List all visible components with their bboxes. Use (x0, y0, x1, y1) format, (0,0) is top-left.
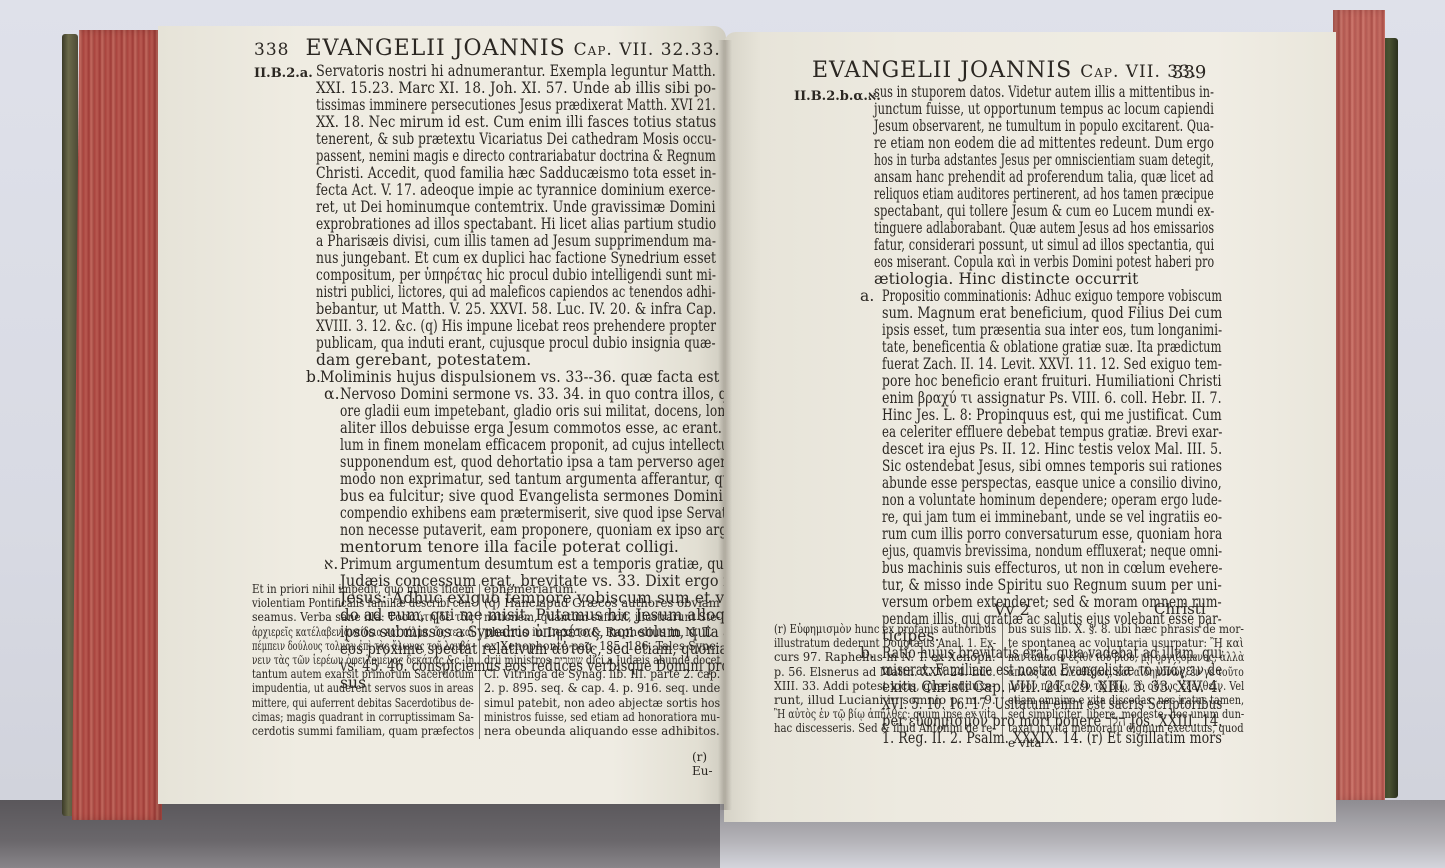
footnote-column-1: (r) Εὐφημισμὸν hunc ex profanis authorib… (774, 622, 996, 736)
margin-reference: II.B.2.b.α.א. (794, 88, 881, 104)
text-line: ejus, quamvis brevissima, nondum effluxe… (882, 543, 1125, 560)
footnote-line: Et in priori nihil impedit, quo minus it… (252, 582, 441, 596)
footnote-line: tantum autem exarsit primorum Sacerdotum (252, 667, 432, 681)
text-line: dam gerebant, potestatem. (316, 352, 716, 369)
footnote-line: p. 56. Elsnerus ad Matth. XXV. 24. Luc. (774, 665, 980, 679)
footnote-line: etiam omnino e vita discedas, nec iratus… (1008, 693, 1199, 707)
text-line: publicam, qua induti erant, cujusque pro… (316, 335, 628, 352)
footnote-line: XIII. 33. Addi potest locis, quæ adduxe- (774, 679, 978, 693)
left-page: 338 EVANGELII JOANNIS Cap. VII. 32.33. I… (158, 26, 726, 804)
footnote-line: 2. p. 895. seq. & cap. 4. p. 916. seq. u… (484, 681, 704, 695)
signature-mark: Vv 2 (994, 600, 1030, 619)
footnote-line: violentiam Pontificalis familiæ describi… (252, 596, 437, 610)
footnote-line: ex Xenophonte pag. 185. 186. Tales Syne- (484, 639, 702, 653)
text-line: ea celeriter effluere debebat tempus gra… (882, 424, 1135, 441)
footnote-line: ministros fuisse, sed etiam ad honoratio… (484, 710, 680, 724)
footnote-line: sed simpliciter, libere, modeste, hoc un… (1008, 707, 1201, 721)
red-page-edges-left (72, 30, 162, 820)
section-label: b. (306, 369, 321, 386)
footnote-line: hac discesseris. Sed & illud Antonini de… (774, 721, 961, 735)
text-line: supponendum est, quod dehortatio ipsa a … (340, 454, 642, 471)
text-line: ret, ut Dei hominumque contemtrix. Unde … (316, 199, 640, 216)
red-page-edges-right (1333, 10, 1385, 800)
text-line: Sic ostendebat Jesus, sibi omnes tempori… (882, 458, 1143, 475)
footnote-line: nera obeunda aliquando esse adhibitos. (484, 724, 714, 738)
text-line: nus jungebant. Et cum ex duplici hac fac… (316, 250, 635, 267)
text-line: re etiam non eodem die ad mittentes rede… (874, 135, 1131, 152)
text-line: XXI. 15.23. Marc XI. 18. Joh. XI. 57. Un… (316, 80, 668, 97)
text-line: non a voluntate hominum dependere; opera… (882, 492, 1133, 509)
footnote-column-2: ephemeriarum.(q) Hanc apud Græcos author… (484, 582, 720, 738)
text-line: Moliminis hujus dispulsionem vs. 33--36.… (320, 369, 682, 386)
text-line: XX. 18. Nec mirum id est. Cum enim illi … (316, 114, 654, 131)
footnote-line: e vita (1008, 736, 1244, 750)
text-line: ætiologia. Hinc distincte occurrit (874, 271, 1214, 288)
text-line: junctum fuisse, ut opportunum tempus ac … (874, 101, 1126, 118)
footnote-line: phanus in Lexico & Raphelius in N. T. (484, 625, 720, 639)
footnote-line: (q) Hanc apud Græcos authores obviam (484, 596, 713, 610)
footnote-line: impudentia, ut auderent servos suos in a… (252, 681, 431, 695)
footnote-line: cerdotis summi familiam, quam præfectos (252, 724, 444, 738)
text-line: Primum argumentum desumtum est a tempori… (340, 556, 650, 573)
footnote-line: mittere, qui auferrent debitas Sacerdoti… (252, 696, 423, 710)
text-line: a Pharisæis divisi, cum illis tamen ad J… (316, 233, 630, 250)
text-line: fatur, considerari possunt, ut simul ad … (874, 237, 1123, 254)
text-line: bus ea fulcitur; sive quod Evangelista s… (340, 488, 665, 505)
text-line: Propositio comminationis: Adhuc exiguo t… (882, 288, 1121, 305)
text-line: aliter illos debuisse erga Jesum commoto… (340, 420, 655, 437)
text-line: sum. Magnum erat beneficium, quod Filius… (882, 305, 1155, 322)
text-line: spectabant, qui tollere Jesum & cum eo L… (874, 203, 1128, 220)
text-line: reliquos etiam auditores pertinerent, ad… (874, 186, 1111, 203)
text-line: tur, & misso inde Spiritu suo Regnum suu… (882, 577, 1154, 594)
text-line: fecta Act. V. 17. adeoque impie ac tyran… (316, 182, 637, 199)
running-head-chapter: Cap. VII. 32.33. (574, 40, 721, 60)
book-gutter (718, 40, 732, 810)
text-line: Hinc Jes. L. 8: Propinquus est, qui me j… (882, 407, 1149, 424)
section-label: a. (860, 288, 874, 305)
right-page: EVANGELII JOANNIS Cap. VII. 33. 339 II.B… (724, 32, 1336, 822)
text-line: modo non exprimatur, sed tantum argument… (340, 471, 649, 488)
footnote-line: μόνον πράξας ἐν τῷ βίῳ, τὸ οὕτως ἐξελθεῖ… (1008, 679, 1198, 693)
text-line: fuerat Zach. II. 14. Levit. XXVI. 11. 12… (882, 356, 1137, 373)
text-line: ansam hanc prehendit ad proferendum tali… (874, 169, 1125, 186)
text-line: mentorum tenore illa facile poterat coll… (340, 539, 716, 556)
lettered-section: α.Nervoso Domini sermone vs. 33. 34. in … (316, 386, 716, 556)
margin-reference: II.B.2.a. (254, 66, 313, 81)
text-line: sus in stuporem datos. Videtur autem ill… (874, 84, 1121, 101)
right-running-head: EVANGELII JOANNIS Cap. VII. 33. (812, 58, 1197, 83)
footnote-line: runt, illud Luciani in somnio p. m. 9. (774, 693, 996, 707)
text-line: tissimas imminere persecutiones Jesus pr… (316, 97, 621, 114)
text-line: passent, nemini magis e directo contrari… (316, 148, 614, 165)
footnote-line: simul patebit, non adeo abjectæ sortis h… (484, 696, 700, 710)
footnotes-right: (r) Εὐφημισμὸν hunc ex profanis authorib… (774, 622, 1244, 772)
text-line: abunde esse perspectas, easque unice a c… (882, 475, 1136, 492)
running-head-title: EVANGELII JOANNIS (305, 36, 565, 61)
footnote-line: ἁπλῶς καὶ ἐλευθέρως, καὶ αἰδημόνως, ἓν γ… (1008, 665, 1189, 679)
text-line: compositum, per ὑπηρέτας hic procul dubi… (316, 267, 628, 284)
text-line: compendio exhibens eam prætermiserit, si… (340, 505, 632, 522)
footnote-line: ephemeriarum. (484, 582, 720, 596)
text-line: ore gladii eum impetebant, gladio oris s… (340, 403, 636, 420)
footnote-column-1: Et in priori nihil impedit, quo minus it… (252, 582, 474, 738)
footnote-column-2: bus suis lib. X. §. 8. ubi hæc phrasis d… (1008, 622, 1244, 750)
text-line: bus machinis suis effecturos, ut non in … (882, 560, 1139, 577)
footnote-line: taxat in vita memoratu dignum executus, … (1008, 721, 1203, 735)
text-line: XVIII. 3. 12. &c. (q) His impune licebat… (316, 318, 628, 335)
footnote-line: drii ministros שוטרים dici a Judæis abun… (484, 653, 677, 667)
text-line: descet ira ejus Ps. II. 12. Hinc testis … (882, 441, 1149, 458)
text-line: ipsis esset, tum præsentia sua inter eos… (882, 322, 1135, 339)
running-head-title: EVANGELII JOANNIS (812, 58, 1072, 83)
footnote-line: πέμπειν δούλους τολμᾶν ἐπὶ τὰς ἅλωνας το… (252, 639, 405, 653)
text-line: Jesum observarent, ne tumultum in populo… (874, 118, 1118, 135)
text-line: non necesse putaverit, eam proponere, qu… (340, 522, 645, 539)
text-line: Nervoso Domini sermone vs. 33. 34. in qu… (340, 386, 658, 403)
text-line: Christi. Accedit, quod familia hæc Saddu… (316, 165, 639, 182)
lettered-section: a.Propositio comminationis: Adhuc exiguo… (874, 288, 1214, 645)
catchword: Christi (1154, 600, 1206, 618)
footnote-line: cimas; magis quadrant in corruptissimam … (252, 710, 430, 724)
footnote-line: ἀρχιερεῖς κατέλαβεν ἀναίδεια καὶ τόλμα, … (252, 625, 409, 639)
text-line: tenerent, & sub prætextu Vicariatus Dei … (316, 131, 630, 148)
footnotes-left: Et in priori nihil impedit, quo minus it… (252, 582, 722, 772)
footnote-line: notionem, quantum sufficit, illustrarunt… (484, 610, 691, 624)
text-line: exprobrationes ad illos spectabant. Hi l… (316, 216, 632, 233)
text-line: enim βραχύ τι assignatur Ps. VIII. 6. co… (882, 390, 1151, 407)
text-line: tate, beneficentia & oblatione gratiæ su… (882, 339, 1128, 356)
text-line: eos miserant. Copula καὶ in verbis Domin… (874, 254, 1116, 271)
footnote-line: νειν τὰς τῶν ἱερέων ὀφειλομένας δεκάτας … (252, 653, 416, 667)
text-line: lum in finem monelam efficacem proponit,… (340, 437, 639, 454)
text-line: pore hoc beneficio erant fruituri. Humil… (882, 373, 1147, 390)
page-number: 339 (1172, 62, 1206, 83)
text-line: hos in turba adstantes Jesus per omnisci… (874, 152, 1109, 169)
footnote-line: Ἢ αὐτὸς ἐν τῷ βίῳ ἀπῆλθες: quum ipse ex … (774, 707, 946, 721)
section-label: א. (324, 556, 338, 573)
text-line: bebantur, ut Matth. V. 25. XXVI. 58. Luc… (316, 301, 649, 318)
left-running-head: 338 EVANGELII JOANNIS Cap. VII. 32.33. (254, 36, 721, 61)
footnote-divider (479, 584, 480, 739)
lettered-section: b.Moliminis hujus dispulsionem vs. 33--3… (316, 369, 716, 386)
footnote-line: curs 97. Raphelius in N. T. ex Xenoph. (774, 650, 986, 664)
text-line: Servatoris nostri hi adnumerantur. Exemp… (316, 63, 648, 80)
page-number: 338 (254, 40, 289, 60)
footnote-line: Cl. Vitringa de Synag. lib. III. parte 2… (484, 667, 699, 681)
text-line: re, qui jam tum ei imminebant, unde se v… (882, 509, 1137, 526)
text-line: rum cum illis porro conversaturum esse, … (882, 526, 1140, 543)
footnote-divider (1002, 624, 1003, 736)
footnote-line: illustratum dederunt Dougtæus Anal. 1. E… (774, 636, 959, 650)
footnote-line: παντάπασιν ἔξιθι τοῦ βίου, μὴ ὀργιζόμενο… (1008, 650, 1192, 664)
footnote-line: bus suis lib. X. §. 8. ubi hæc phrasis d… (1008, 622, 1215, 636)
section-label: α. (324, 386, 340, 403)
footnote-line: (r) Εὐφημισμὸν hunc ex profanis authorib… (774, 622, 958, 636)
footnote-line: seamus. Verba sane illa: Τοσαύτη δὲ τὰς (252, 610, 452, 624)
text-line: nistri publici, lictores, qui ad malefic… (316, 284, 611, 301)
footnote-line: te spontanea ac voluntaria usurpatur: Ἢ … (1008, 636, 1212, 650)
text-line: tinguere adlaborabant. Quæ autem Jesus a… (874, 220, 1118, 237)
